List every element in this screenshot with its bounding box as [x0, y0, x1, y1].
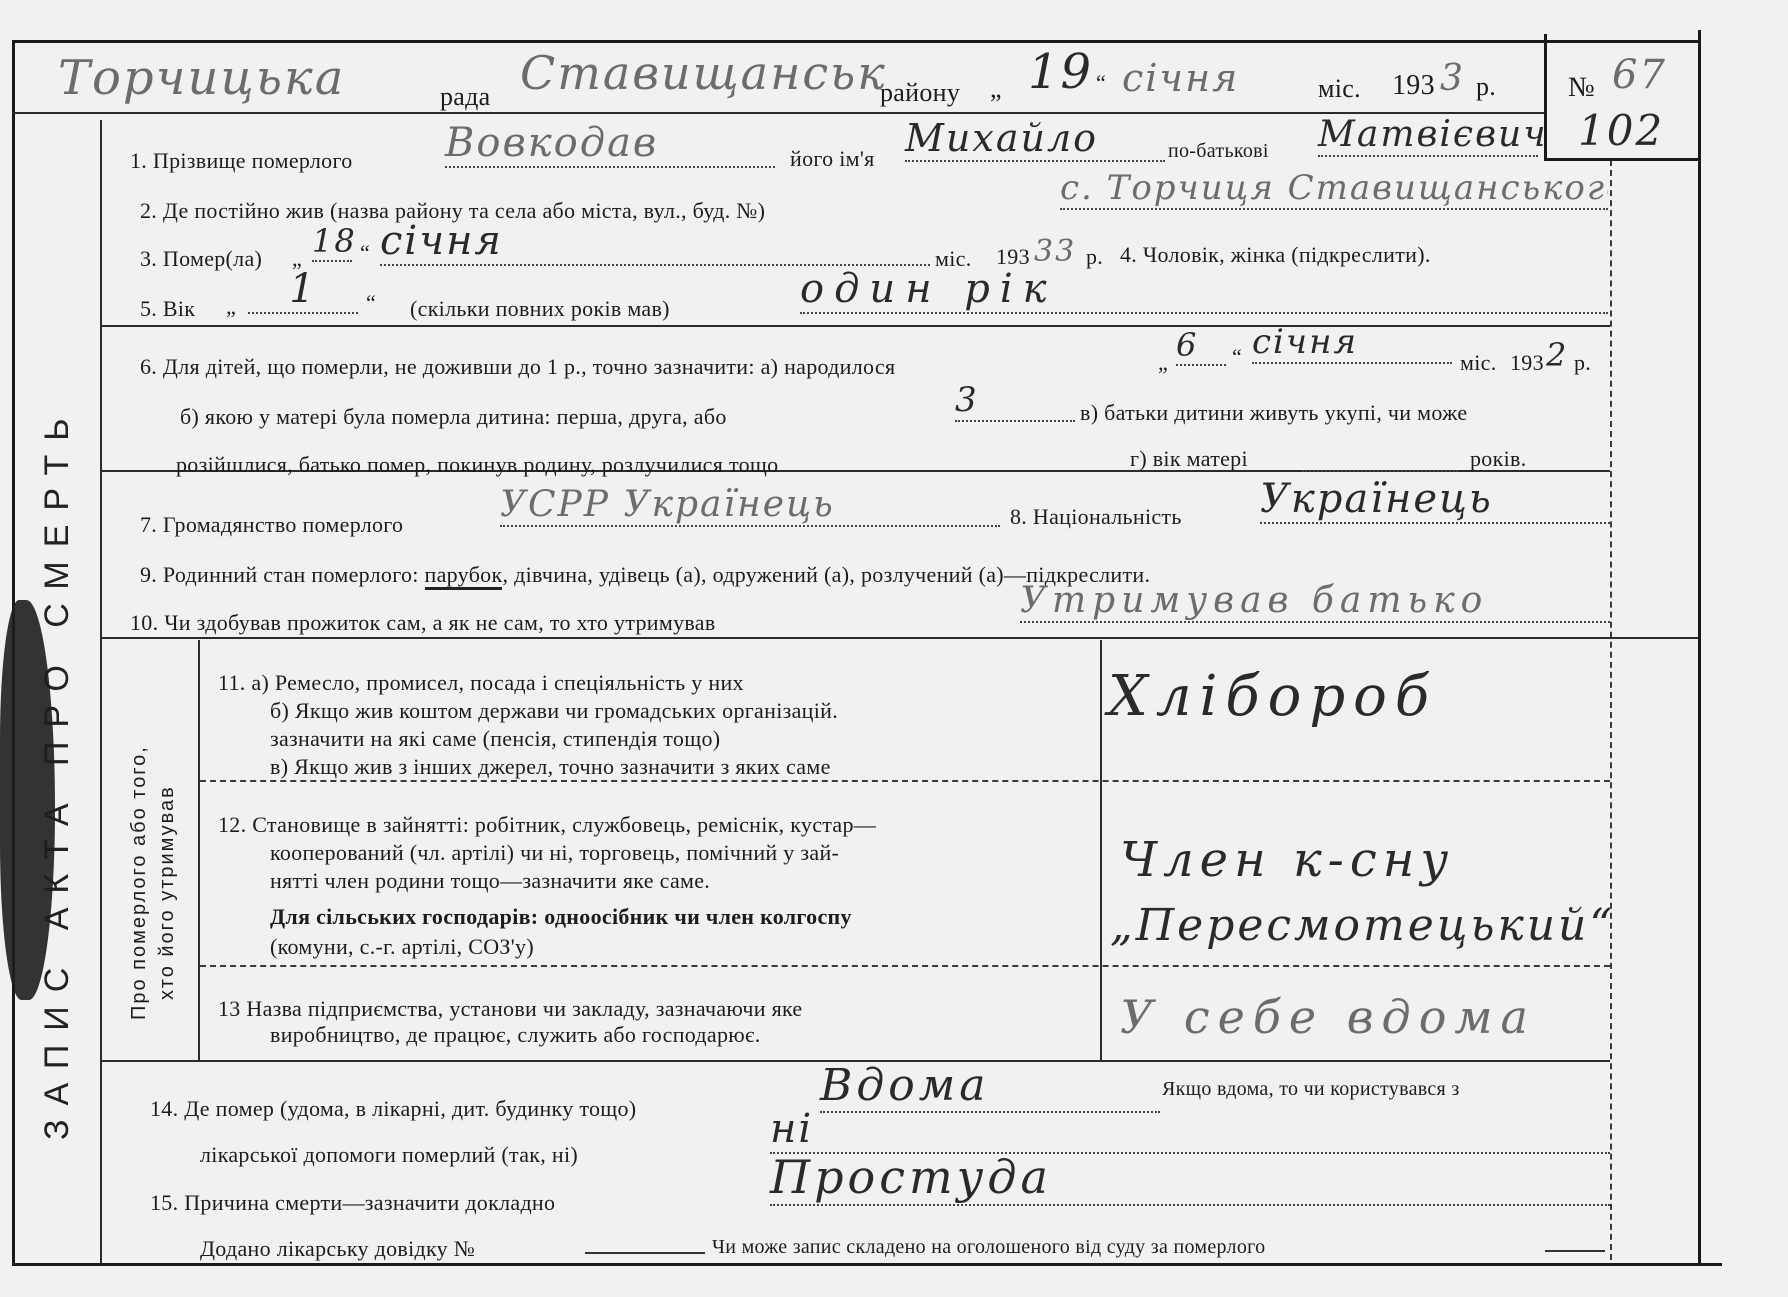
header-month: січня — [1122, 56, 1239, 100]
f6-year-print: 193 — [1510, 350, 1544, 376]
f11-c: в) Якщо жив з інших джерел, точно зазнач… — [270, 754, 831, 780]
header-quote-open: „ — [990, 74, 1002, 104]
f15-label: 15. Причина смерти—зазначити докладно — [150, 1190, 555, 1216]
f3-label: 3. Помер(ла) — [140, 246, 262, 272]
f6-line1: 6. Для дітей, що померли, не доживши до … — [140, 354, 895, 380]
f5-hint: (скільки повних років мав) — [410, 296, 670, 322]
f16-certificate-number-field[interactable] — [585, 1252, 705, 1254]
f14-label-c: лікарської допомоги померлий (так, ні) — [200, 1142, 578, 1168]
f6-line2-b: в) батьки дитини живуть укупі, чи може — [1080, 400, 1467, 426]
header-year-suffix: р. — [1476, 72, 1496, 102]
f12-value1: Член к-сну — [1120, 832, 1454, 888]
f7-label: 7. Громадянство померлого — [140, 512, 403, 538]
section-11-13-answer-divider — [1100, 640, 1102, 1060]
f13-line2: виробництво, де працює, служить або госп… — [270, 1022, 761, 1048]
f6-order: 3 — [955, 380, 1075, 422]
f1-surname: Вовкодав — [445, 120, 775, 168]
f13-line1: 13 Назва підприємства, установи чи закла… — [218, 996, 803, 1022]
f12-line1: 12. Становище в зайнятті: робітник, служ… — [218, 812, 876, 838]
f3-month: січня — [380, 218, 930, 266]
f5-words: один рік — [800, 266, 1608, 314]
f15-value: Простуда — [770, 1150, 1610, 1206]
number-box-bottom — [1544, 158, 1698, 161]
f3-day: 18 — [312, 222, 352, 262]
side-label-line2: хто його утримував — [156, 785, 179, 1000]
f3-quote-close: “ — [360, 240, 370, 266]
f5-quote-open: „ — [226, 294, 236, 320]
f3-year-hand: 33 — [1034, 234, 1076, 269]
right-margin-divider — [1610, 160, 1612, 1260]
f6-month: січня — [1252, 322, 1452, 364]
right-border — [1698, 30, 1701, 1265]
f5-quote-close: “ — [366, 290, 376, 316]
f1-name: Михайло — [905, 116, 1165, 162]
header-year-print: 193 — [1392, 70, 1435, 102]
f8-value: Українець — [1260, 476, 1610, 524]
f6-quote-close: “ — [1232, 344, 1242, 370]
council-label: рада — [440, 82, 491, 112]
side-label-line1: Про померлого або того, — [128, 745, 151, 1020]
section-11-13-left — [198, 640, 200, 1060]
f8-label: 8. Національність — [1010, 504, 1182, 530]
f14-value-b: ні — [770, 1106, 1610, 1154]
record-number-value: 67 — [1612, 52, 1667, 98]
f6-day: 6 — [1176, 326, 1226, 366]
f5-value: 1 — [248, 266, 358, 314]
f6-year-hand: 2 — [1546, 336, 1568, 374]
header-quote-close: “ — [1096, 70, 1106, 96]
f6-line2-a: б) якою у матері була померла дитина: пе… — [180, 404, 727, 430]
f12-value2: „Пересмотецький“ — [1110, 900, 1615, 951]
rule-after-12 — [200, 965, 1610, 967]
top-border — [12, 40, 1698, 43]
f6-line3-c: років. — [1470, 446, 1527, 472]
f1-patronymic: Матвієвич — [1318, 114, 1538, 157]
record-number-label: № — [1568, 72, 1595, 104]
f6-quote-open: „ — [1158, 350, 1168, 376]
f14-label-b: Якщо вдома, то чи користувався з — [1162, 1078, 1460, 1101]
f6-month-label: міс. — [1460, 350, 1497, 376]
f11-value: Хлібороб — [1108, 664, 1437, 729]
rule-header — [12, 112, 1544, 114]
f6-year-suffix: р. — [1574, 350, 1591, 376]
f12-line5: (комуни, с.-г. артілі, СОЗ'у) — [270, 934, 534, 960]
bottom-border — [12, 1263, 1722, 1266]
f16-label-b: Чи може запис складено на оголошеного ві… — [712, 1236, 1265, 1259]
title-column-divider — [100, 120, 102, 1263]
f9-label-a: 9. Родинний стан померлого: — [140, 562, 419, 587]
f6-mother-age-field[interactable] — [1302, 460, 1458, 472]
f13-value: У себе вдома — [1120, 990, 1536, 1044]
f6-line3-b: г) вік матері — [1130, 446, 1248, 472]
f6-line3-a: розійшлися, батько помер, покинув родину… — [176, 452, 778, 478]
f11-a: 11. а) Ремесло, промисел, посада і спеці… — [218, 670, 744, 696]
record-number-secondary: 102 — [1578, 106, 1664, 155]
f1-patronymic-label: по-батькові — [1168, 140, 1269, 163]
f1-name-label: його ім'я — [790, 146, 875, 172]
f10-label: 10. Чи здобував прожиток сам, а як не са… — [130, 610, 716, 636]
f7-value: УСРР Українець — [500, 484, 1000, 527]
f1-label: 1. Прізвище померлого — [130, 148, 353, 174]
f12-line3: нятті член родини тощо—зазначити яке сам… — [270, 868, 710, 894]
f10-value: Утримував батько — [1020, 580, 1610, 623]
header-day: 19 — [1028, 44, 1093, 100]
header-month-label: міс. — [1318, 74, 1361, 104]
f16-court-field[interactable] — [1545, 1250, 1605, 1252]
district-name: Ставищанськ — [520, 46, 887, 100]
rule-after-11 — [200, 780, 1610, 782]
f2-value: с. Торчиця Ставищанського р-ну — [1060, 168, 1608, 210]
f12-line2: кооперований (чл. артілі) чи ні, торгове… — [270, 840, 839, 866]
f5-label: 5. Вік — [140, 296, 195, 322]
f12-line4: Для сільських господарів: одноосібник чи… — [270, 904, 852, 930]
f14-label: 14. Де помер (удома, в лікарні, дит. буд… — [150, 1096, 636, 1122]
f11-b2: зазначити на які саме (пенсія, стипендія… — [270, 726, 720, 752]
f9-marital-status-selected: парубок — [425, 562, 503, 590]
district-label: району — [880, 78, 960, 108]
council-name: Торчицька — [58, 50, 345, 106]
f16-label: Додано лікарську довідку № — [200, 1236, 475, 1262]
rule-after-10 — [100, 637, 1698, 639]
f9-label: 9. Родинний стан померлого: парубок, дів… — [140, 562, 1150, 588]
header-year-hand: 3 — [1440, 58, 1465, 99]
f4-label: 4. Чоловік, жінка (підкреслити). — [1120, 242, 1431, 268]
f11-b: б) Якщо жив коштом держави чи громадськи… — [270, 698, 838, 724]
